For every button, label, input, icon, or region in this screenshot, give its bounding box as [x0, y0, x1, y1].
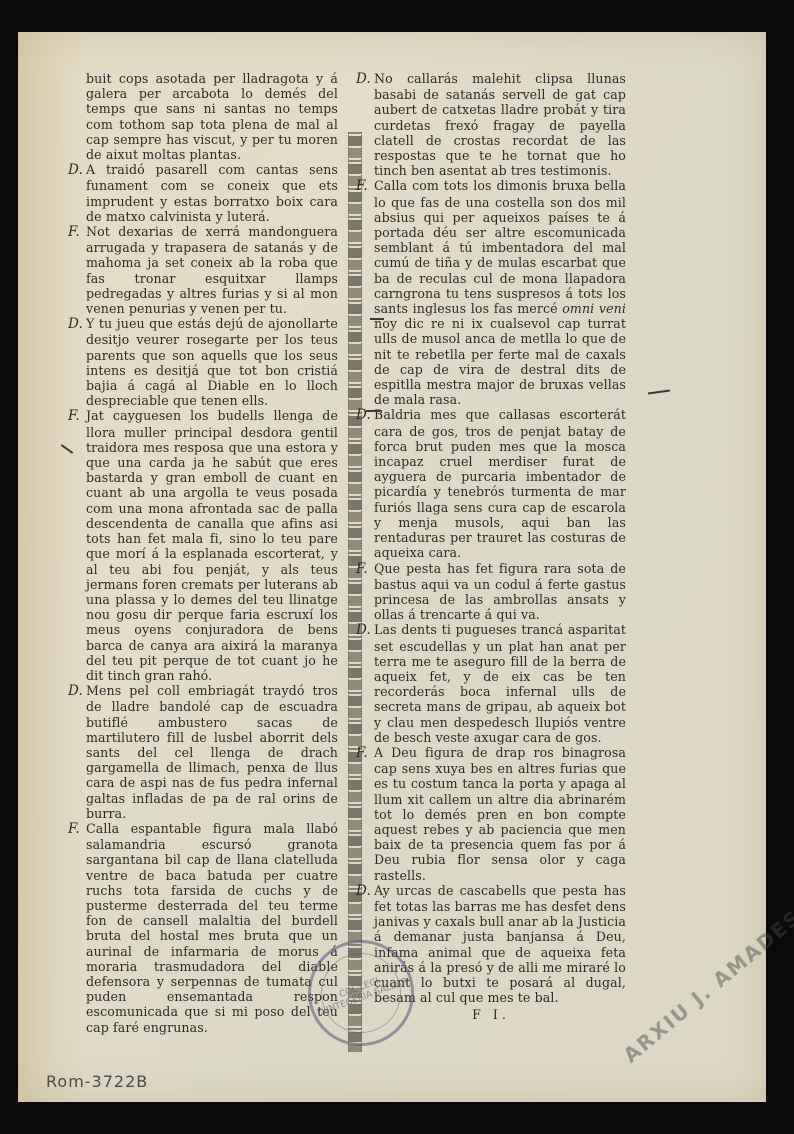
margin-mark	[370, 318, 384, 320]
latin-phrase: omni veni	[562, 301, 626, 316]
speaker-label: F.	[356, 562, 374, 577]
dialogue-paragraph: D.Y tu jueu que estás dejú de ajonollart…	[68, 316, 338, 408]
dialogue-paragraph: D.A traidó pasarell com cantas sens funa…	[68, 162, 338, 224]
dialogue-paragraph: D.Baldria mes que callasas escorterát ca…	[356, 407, 626, 560]
speaker-label: F.	[68, 225, 86, 240]
catalog-number: Rom-3722B	[46, 1072, 148, 1091]
speaker-label: D.	[356, 72, 374, 87]
dialogue-paragraph: F.Que pesta has fet figura rara sota de …	[356, 561, 626, 623]
dialogue-paragraph: F.Calla com tots los dimonis bruxa bella…	[356, 178, 626, 407]
dialogue-paragraph: D.Las dents ti pugueses trancá asparitat…	[356, 622, 626, 745]
dialogue-paragraph: F.A Deu figura de drap ros binagrosa cap…	[356, 745, 626, 883]
speaker-label: F.	[356, 179, 374, 194]
speaker-label: F.	[356, 746, 374, 761]
speaker-label: D.	[68, 684, 86, 699]
dialogue-paragraph: F.Not dexarias de xerrá mandonguera arru…	[68, 224, 338, 316]
margin-mark	[366, 410, 380, 412]
dialogue-paragraph: D.No callarás malehit clipsa llunas basa…	[356, 71, 626, 178]
speaker-label: F.	[68, 822, 86, 837]
speaker-label: D.	[356, 884, 374, 899]
speaker-label: F.	[68, 409, 86, 424]
speaker-label: D.	[68, 317, 86, 332]
dialogue-paragraph: F.Jat cayguesen los budells llenga de ll…	[68, 408, 338, 683]
dialogue-paragraph: D.Mens pel coll embriagát traydó tros de…	[68, 683, 338, 821]
speaker-label: D.	[356, 623, 374, 638]
speaker-label: D.	[68, 163, 86, 178]
left-text-column: buit cops asotada per lladragota y á gal…	[68, 71, 338, 1035]
dialogue-paragraph: buit cops asotada per lladragota y á gal…	[68, 71, 338, 162]
dialogue-paragraph: F.Calla espantable figura mala llabó sal…	[68, 821, 338, 1035]
right-text-column: D.No callarás malehit clipsa llunas basa…	[356, 71, 626, 1035]
